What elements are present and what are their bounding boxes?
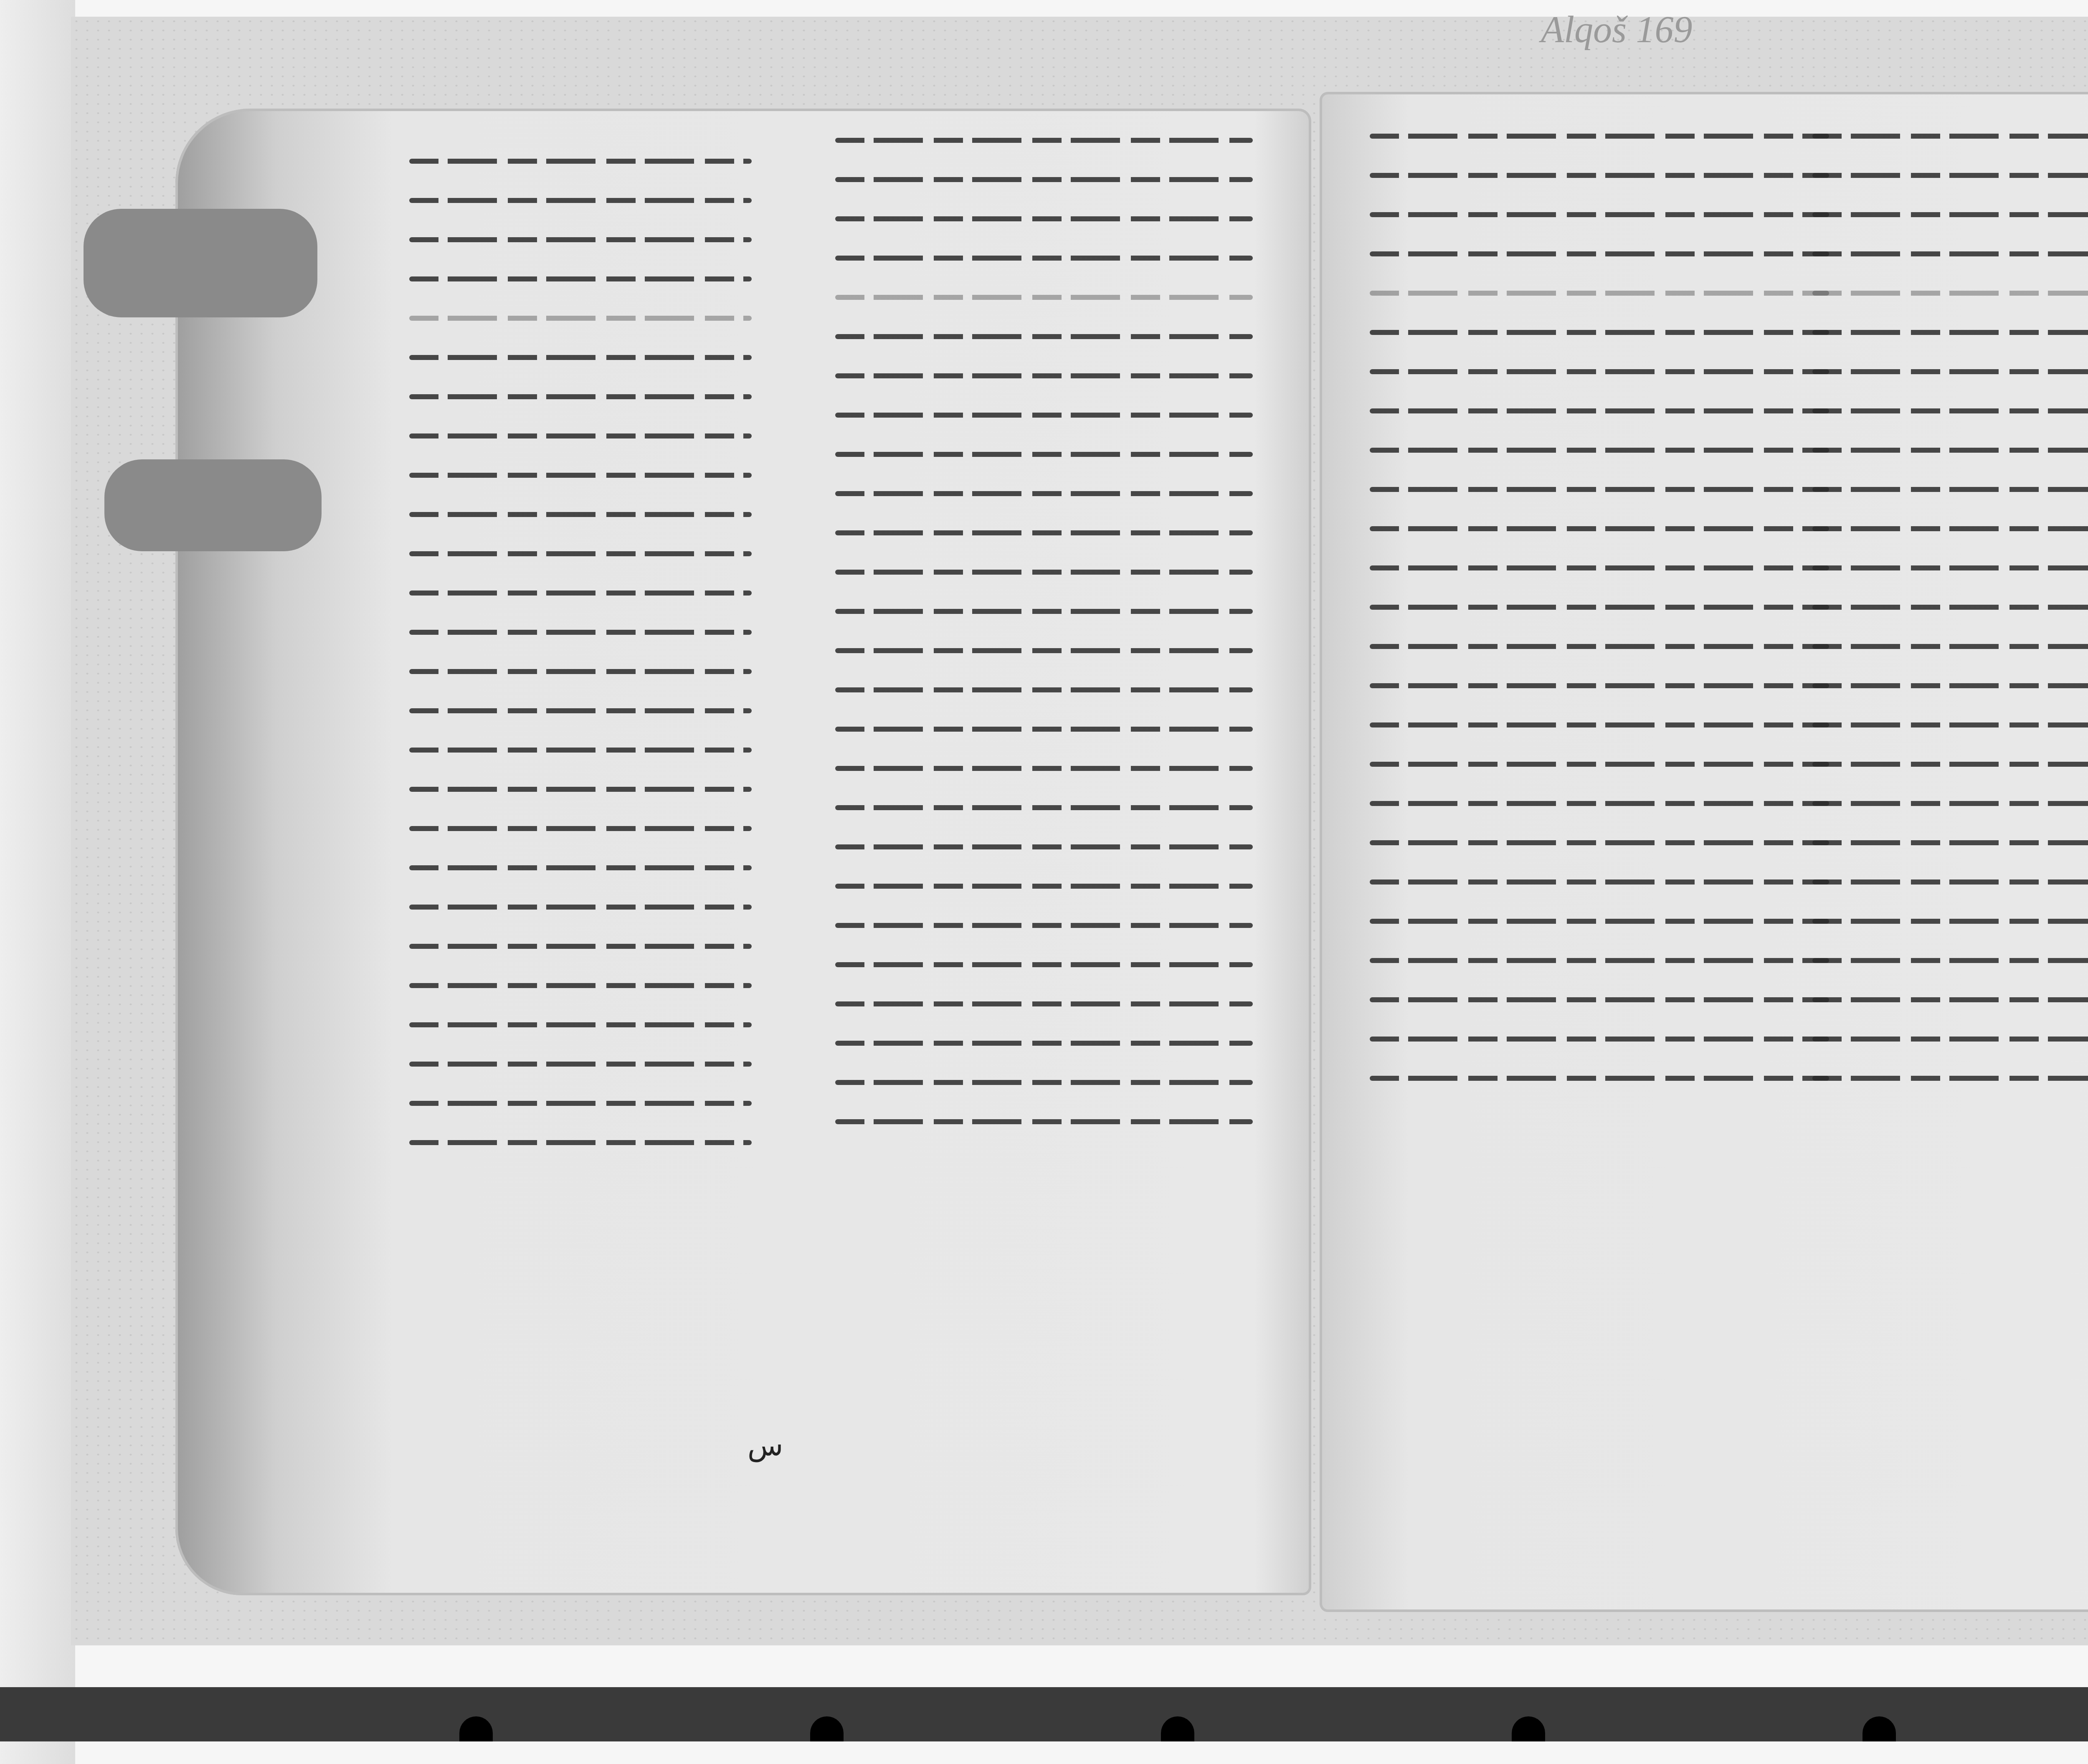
script-line xyxy=(835,679,1253,699)
script-line xyxy=(835,875,1253,895)
script-line xyxy=(1812,636,2088,656)
script-line xyxy=(409,661,752,681)
left-hand-finger xyxy=(104,459,322,551)
script-line xyxy=(409,1132,752,1152)
script-line xyxy=(1370,479,1829,499)
script-line xyxy=(1812,832,2088,852)
script-line xyxy=(1812,557,2088,577)
script-line xyxy=(409,739,752,759)
script-line xyxy=(409,582,752,602)
script-line xyxy=(1370,832,1829,852)
script-line xyxy=(409,543,752,563)
script-line xyxy=(1812,753,2088,773)
script-line xyxy=(1812,322,2088,342)
script-line xyxy=(835,1032,1253,1052)
script-line xyxy=(1370,204,1829,224)
script-line xyxy=(835,208,1253,228)
script-line xyxy=(835,404,1253,424)
quire-mark: س xyxy=(748,1428,783,1462)
script-line xyxy=(1812,675,2088,695)
script-line xyxy=(409,150,752,170)
script-line xyxy=(409,190,752,210)
script-line xyxy=(409,386,752,406)
script-line xyxy=(1812,439,2088,459)
script-line xyxy=(1812,1028,2088,1048)
script-line xyxy=(1812,165,2088,185)
film-strip xyxy=(0,1687,2088,1741)
script-line xyxy=(1812,950,2088,970)
script-line xyxy=(1812,400,2088,420)
script-line xyxy=(1812,204,2088,224)
script-line xyxy=(1370,125,1829,145)
script-line xyxy=(1812,243,2088,263)
script-line xyxy=(1812,518,2088,538)
script-line xyxy=(835,915,1253,935)
script-line xyxy=(409,229,752,249)
script-line xyxy=(1370,439,1829,459)
script-line xyxy=(409,464,752,484)
left-page-column-inner xyxy=(835,129,1253,1150)
script-line xyxy=(1370,636,1829,656)
script-line xyxy=(409,975,752,995)
script-line xyxy=(1370,753,1829,773)
right-page-column-inner xyxy=(1370,125,1829,1107)
script-line xyxy=(409,1092,752,1113)
script-line xyxy=(1812,871,2088,891)
script-line xyxy=(1812,910,2088,930)
script-line xyxy=(835,1072,1253,1092)
left-page-column-outer xyxy=(409,150,752,1171)
script-line xyxy=(1812,714,2088,734)
background-edge xyxy=(0,0,75,1764)
script-line xyxy=(1370,1067,1829,1087)
script-line xyxy=(1370,989,1829,1009)
script-line xyxy=(1370,243,1829,263)
script-line xyxy=(1812,989,2088,1009)
script-line xyxy=(835,1111,1253,1131)
script-line xyxy=(835,797,1253,817)
script-line xyxy=(835,758,1253,778)
script-line xyxy=(1370,322,1829,342)
script-line xyxy=(835,601,1253,621)
script-line xyxy=(409,818,752,838)
script-line xyxy=(835,954,1253,974)
script-line xyxy=(1812,596,2088,616)
script-line xyxy=(1812,793,2088,813)
right-page xyxy=(1320,92,2088,1612)
script-line xyxy=(835,561,1253,581)
script-line xyxy=(1812,125,2088,145)
script-line xyxy=(1370,518,1829,538)
script-line xyxy=(835,444,1253,464)
script-line xyxy=(409,896,752,916)
script-line xyxy=(1370,950,1829,970)
script-line xyxy=(835,483,1253,503)
script-line xyxy=(835,247,1253,267)
script-line xyxy=(835,836,1253,856)
script-line xyxy=(409,347,752,367)
script-line xyxy=(409,700,752,720)
script-line xyxy=(409,1014,752,1034)
script-line xyxy=(835,640,1253,660)
script-line xyxy=(409,935,752,955)
script-line xyxy=(409,307,752,327)
script-line xyxy=(1370,165,1829,185)
script-line xyxy=(1370,361,1829,381)
script-line xyxy=(835,326,1253,346)
script-line xyxy=(1370,910,1829,930)
script-line xyxy=(409,621,752,641)
script-line xyxy=(1812,361,2088,381)
script-line xyxy=(1370,714,1829,734)
script-line xyxy=(1812,282,2088,302)
script-line xyxy=(409,778,752,798)
left-page xyxy=(175,109,1311,1595)
script-line xyxy=(1370,1028,1829,1048)
script-line xyxy=(835,286,1253,307)
script-line xyxy=(835,169,1253,189)
script-line xyxy=(835,365,1253,385)
script-line xyxy=(835,993,1253,1013)
script-line xyxy=(1370,871,1829,891)
script-line xyxy=(1370,793,1829,813)
script-line xyxy=(409,857,752,877)
script-line xyxy=(409,1053,752,1073)
script-line xyxy=(835,522,1253,542)
script-line xyxy=(835,129,1253,150)
script-line xyxy=(1370,596,1829,616)
script-line xyxy=(409,425,752,445)
script-line xyxy=(1812,479,2088,499)
script-line xyxy=(1370,557,1829,577)
script-line xyxy=(1370,675,1829,695)
script-line xyxy=(409,268,752,288)
script-line xyxy=(835,718,1253,738)
right-page-column-outer xyxy=(1812,125,2088,1107)
catalog-label: Alqoš 169 xyxy=(1541,8,1693,51)
script-line xyxy=(409,504,752,524)
left-hand xyxy=(84,209,317,317)
script-line xyxy=(1370,400,1829,420)
script-line xyxy=(1812,1067,2088,1087)
script-line xyxy=(1370,282,1829,302)
